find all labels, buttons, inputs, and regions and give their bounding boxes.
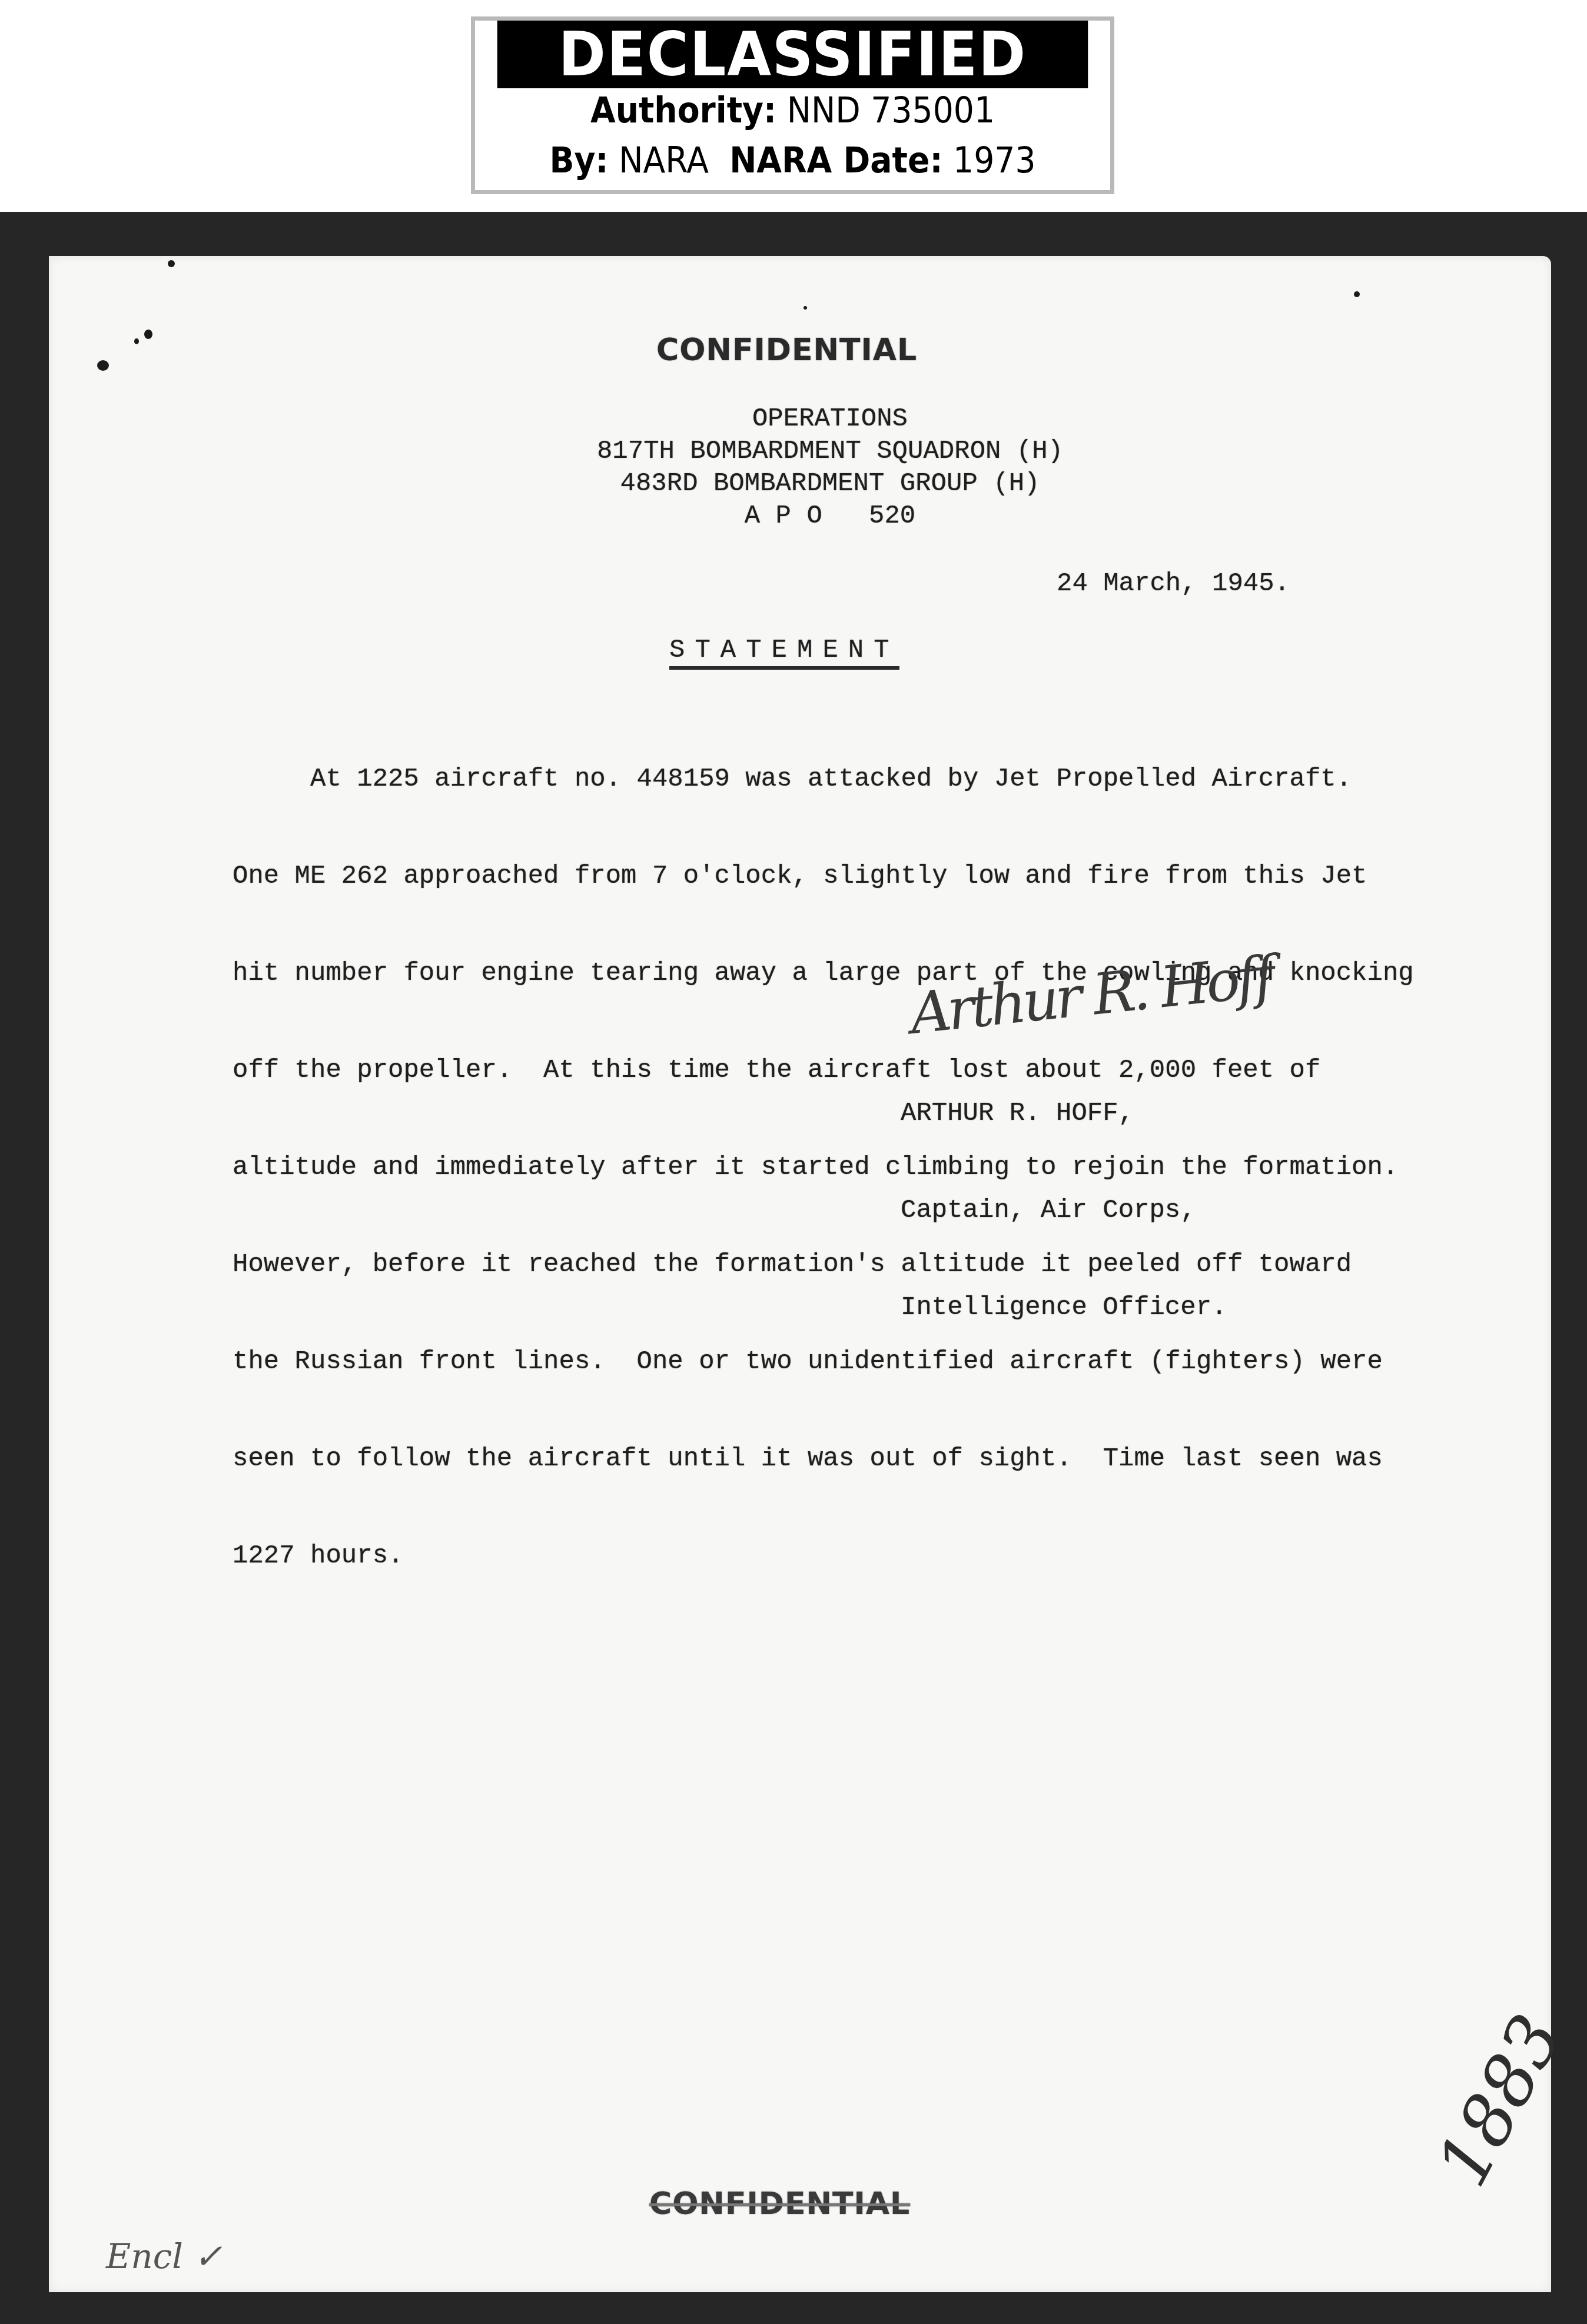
office-line: OPERATIONS [595,403,1065,435]
classification-bottom: CONFIDENTIAL [649,2186,910,2222]
scan-speck [134,338,139,344]
body-line: altitude and immediately after it starte… [233,1152,1414,1184]
apo-line: A P O 520 [595,500,1065,533]
statement-body: At 1225 aircraft no. 448159 was attacked… [233,699,1414,1605]
body-line: One ME 262 approached from 7 o'clock, sl… [233,860,1414,893]
body-line: 1227 hours. [233,1540,1414,1572]
nara-date-value: 1973 [953,140,1035,181]
by-label: By: [549,140,608,181]
classification-top: CONFIDENTIAL [656,333,917,368]
document-date: 24 March, 1945. [1057,568,1290,600]
letterhead: OPERATIONS 817TH BOMBARDMENT SQUADRON (H… [595,403,1065,533]
group-line: 483RD BOMBARDMENT GROUP (H) [595,468,1065,500]
signer-rank: Captain, Air Corps, [901,1195,1227,1227]
body-line: seen to follow the aircraft until it was… [233,1443,1414,1475]
signer-title: Intelligence Officer. [901,1292,1227,1324]
nara-date-label: NARA Date: [729,140,942,181]
authority-line: Authority: NND 735001 [500,90,1085,131]
by-value: NARA [619,140,709,181]
handwritten-enclosure-note: Encl ✓ [106,2236,223,2276]
scan-speck [804,306,807,310]
declassified-stamp: DECLASSIFIED Authority: NND 735001 By: N… [471,16,1114,194]
authority-value: NND 735001 [787,90,995,131]
authority-label: Authority: [590,90,776,131]
scan-speck [144,330,152,339]
body-line: At 1225 aircraft no. 448159 was attacked… [233,763,1414,796]
body-line: However, before it reached the formation… [233,1249,1414,1281]
declassified-banner: DECLASSIFIED [497,21,1088,88]
body-line: off the propeller. At this time the airc… [233,1055,1414,1087]
squadron-line: 817TH BOMBARDMENT SQUADRON (H) [595,435,1065,468]
scan-speck [168,260,175,267]
signer-name: ARTHUR R. HOFF, [901,1098,1227,1130]
scan-speck [1354,291,1360,297]
nara-line: By: NARA NARA Date: 1973 [500,140,1085,181]
body-line: the Russian front lines. One or two unid… [233,1346,1414,1378]
signature-block: ARTHUR R. HOFF, Captain, Air Corps, Inte… [901,1033,1227,1357]
document-title: STATEMENT [669,636,899,670]
scan-speck [97,360,109,371]
